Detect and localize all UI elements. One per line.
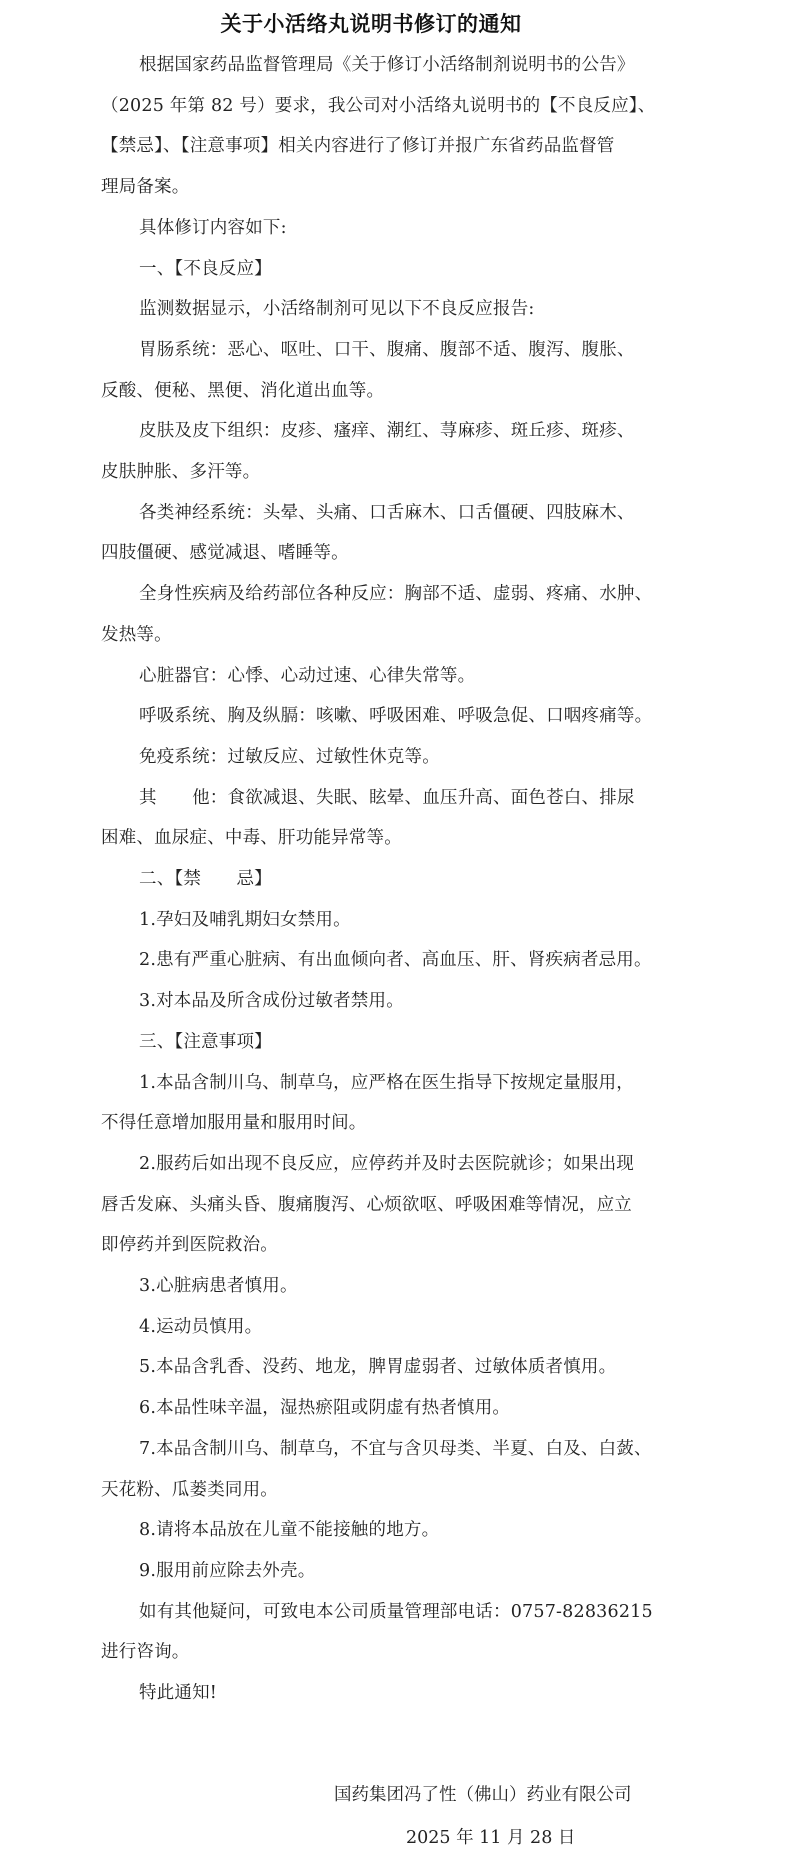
issuer-signature: 国药集团冯了性（佛山）药业有限公司 <box>334 1781 632 1809</box>
text-line: 8.请将本品放在儿童不能接触的地方。 <box>139 1510 439 1550</box>
text-line: 6.本品性味辛温，湿热瘀阻或阴虚有热者慎用。 <box>139 1388 510 1428</box>
text-line: 2.服药后如出现不良反应，应停药并及时去医院就诊；如果出现 <box>139 1144 634 1184</box>
text-line: 9.服用前应除去外壳。 <box>139 1551 315 1591</box>
text-line: 【禁忌】、【注意事项】相关内容进行了修订并报广东省药品监督管 <box>101 126 615 166</box>
text-line: 不得任意增加服用量和服用时间。 <box>101 1103 367 1143</box>
issue-date: 2025 年 11 月 28 日 <box>406 1824 575 1852</box>
text-line: 一、【不良反应】 <box>139 249 272 289</box>
text-line: 呼吸系统、胸及纵膈：咳嗽、呼吸困难、呼吸急促、口咽疼痛等。 <box>139 696 652 736</box>
text-line: 即停药并到医院救治。 <box>101 1225 278 1265</box>
text-line: 其 他：食欲减退、失眠、眩晕、血压升高、面色苍白、排尿 <box>139 778 635 818</box>
document-title: 关于小活络丸说明书修订的通知 <box>0 10 742 38</box>
text-line: 4.运动员慎用。 <box>139 1307 262 1347</box>
text-line: 5.本品含乳香、没药、地龙，脾胃虚弱者、过敏体质者慎用。 <box>139 1347 616 1387</box>
text-line: 心脏器官：心悸、心动过速、心律失常等。 <box>139 656 475 696</box>
text-line: 皮肤及皮下组织：皮疹、瘙痒、潮红、荨麻疹、斑丘疹、斑疹、 <box>139 411 635 451</box>
text-line: 全身性疾病及给药部位各种反应：胸部不适、虚弱、疼痛、水肿、 <box>139 574 652 614</box>
text-line: 困难、血尿症、中毒、肝功能异常等。 <box>101 818 402 858</box>
text-line: 免疫系统：过敏反应、过敏性休克等。 <box>139 737 440 777</box>
text-line: 皮肤肿胀、多汗等。 <box>101 452 260 492</box>
text-line: 天花粉、瓜蒌类同用。 <box>101 1470 278 1510</box>
text-line: 反酸、便秘、黑便、消化道出血等。 <box>101 371 384 411</box>
text-line: 三、【注意事项】 <box>139 1022 272 1062</box>
text-line: 3.心脏病患者慎用。 <box>139 1266 298 1306</box>
text-line: 胃肠系统：恶心、呕吐、口干、腹痛、腹部不适、腹泻、腹胀、 <box>139 330 635 370</box>
text-line: 各类神经系统：头晕、头痛、口舌麻木、口舌僵硬、四肢麻木、 <box>139 493 635 533</box>
text-line: 二、【禁 忌】 <box>139 859 272 899</box>
text-line: 特此通知! <box>139 1673 217 1713</box>
text-line: 唇舌发麻、头痛头昏、腹痛腹泻、心烦欲呕、呼吸困难等情况，应立 <box>101 1185 632 1225</box>
text-line: 7.本品含制川乌、制草乌，不宜与含贝母类、半夏、白及、白蔹、 <box>139 1429 652 1469</box>
text-line: 理局备案。 <box>101 167 190 207</box>
text-line: 进行咨询。 <box>101 1632 190 1672</box>
text-line: （2025 年第 82 号）要求，我公司对小活络丸说明书的【不良反应】、 <box>101 86 655 126</box>
text-line: 如有其他疑问，可致电本公司质量管理部电话：0757-82836215 <box>139 1592 653 1632</box>
text-line: 1.本品含制川乌、制草乌，应严格在医生指导下按规定量服用， <box>139 1063 634 1103</box>
text-line: 1.孕妇及哺乳期妇女禁用。 <box>139 900 351 940</box>
text-line: 具体修订内容如下: <box>139 208 287 248</box>
text-line: 发热等。 <box>101 615 172 655</box>
text-line: 根据国家药品监督管理局《关于修订小活络制剂说明书的公告》 <box>139 45 635 85</box>
text-line: 监测数据显示，小活络制剂可见以下不良反应报告: <box>139 289 535 329</box>
text-line: 2.患有严重心脏病、有出血倾向者、高血压、肝、肾疾病者忌用。 <box>139 940 652 980</box>
text-line: 3.对本品及所含成份过敏者禁用。 <box>139 981 404 1021</box>
text-line: 四肢僵硬、感觉减退、嗜睡等。 <box>101 533 349 573</box>
